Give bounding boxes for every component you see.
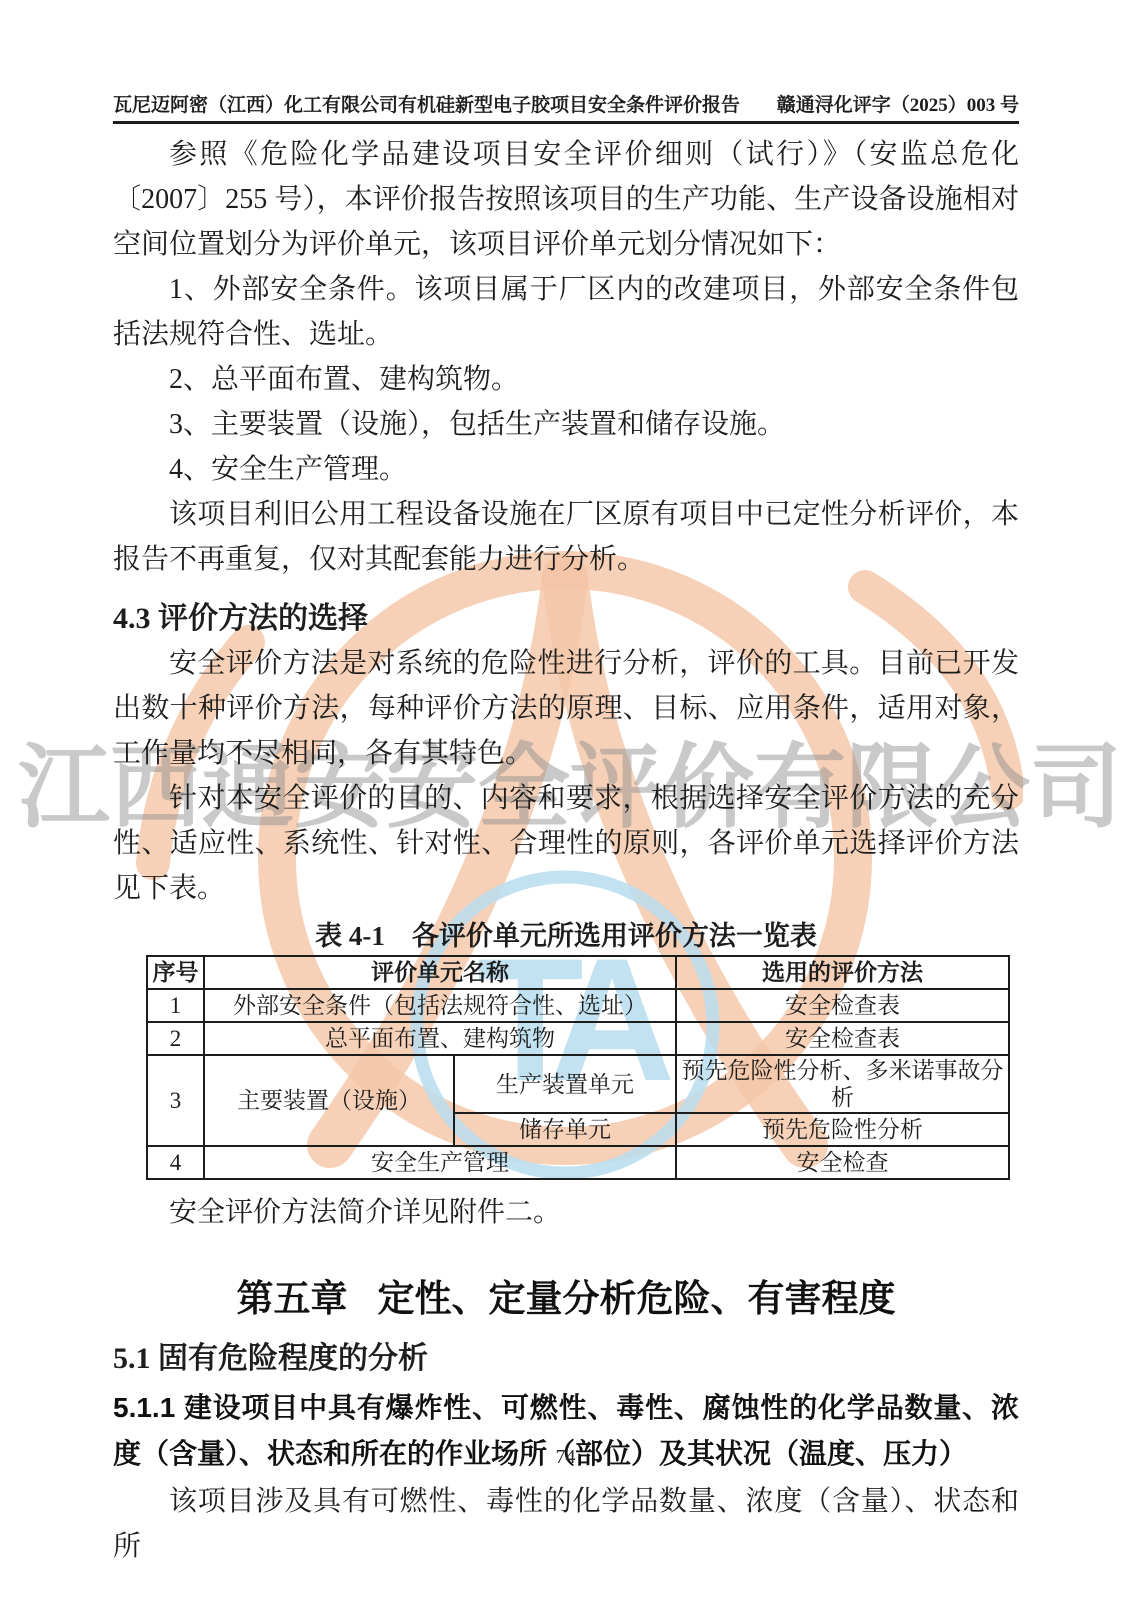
para-method-selection: 针对本安全评价的目的、内容和要求，根据选择安全评价方法的充分性、适应性、系统性、… xyxy=(113,776,1019,911)
cell-unit: 安全生产管理 xyxy=(204,1146,676,1179)
col-header-method: 选用的评价方法 xyxy=(676,956,1009,989)
para-method-overview: 安全评价方法是对系统的危险性进行分析，评价的工具。目前已开发出数十种评价方法，每… xyxy=(113,641,1019,776)
para-appendix-note: 安全评价方法简介详见附件二。 xyxy=(113,1190,1019,1235)
table-row: 4 安全生产管理 安全检查 xyxy=(147,1146,1009,1179)
cell-no: 1 xyxy=(147,989,204,1022)
table-row: 3 主要装置（设施） 生产装置单元 预先危险性分析、多米诺事故分析 xyxy=(147,1055,1009,1113)
section-5-1-heading: 5.1 固有危险程度的分析 xyxy=(113,1337,1019,1381)
table-row: 2 总平面布置、建构筑物 安全检查表 xyxy=(147,1022,1009,1055)
page-number: 74 xyxy=(0,1444,1131,1470)
header-report-title: 瓦尼迈阿密（江西）化工有限公司有机硅新型电子胶项目安全条件评价报告 xyxy=(113,94,740,118)
col-header-unit-name: 评价单元名称 xyxy=(204,956,676,989)
report-page: TA 江西通安安全评价有限公司 瓦尼迈阿密（江西）化工有限公司有机硅新型电子胶项… xyxy=(0,0,1131,1600)
table-header-row: 序号 评价单元名称 选用的评价方法 xyxy=(147,956,1009,989)
list-item-safety-management: 4、安全生产管理。 xyxy=(113,447,1019,492)
document-body: 参照《危险化学品建设项目安全评价细则（试行）》（安监总危化〔2007〕255 号… xyxy=(113,132,1019,1569)
list-item-external-safety: 1、外部安全条件。该项目属于厂区内的改建项目，外部安全条件包括法规符合性、选址。 xyxy=(113,267,1019,357)
page-header: 瓦尼迈阿密（江西）化工有限公司有机硅新型电子胶项目安全条件评价报告 赣通浔化评字… xyxy=(113,94,1019,124)
cell-method: 安全检查表 xyxy=(676,1022,1009,1055)
cell-no: 3 xyxy=(147,1055,204,1146)
table-4-1-caption: 表 4-1 各评价单元所选用评价方法一览表 xyxy=(113,917,1019,955)
cell-sub-unit: 储存单元 xyxy=(454,1113,676,1146)
cell-method: 安全检查表 xyxy=(676,989,1009,1022)
cell-unit: 外部安全条件（包括法规符合性、选址） xyxy=(204,989,676,1022)
chapter-5-number: 第五章 xyxy=(237,1273,348,1325)
cell-method: 预先危险性分析、多米诺事故分析 xyxy=(676,1055,1009,1113)
eval-methods-table: 序号 评价单元名称 选用的评价方法 1 外部安全条件（包括法规符合性、选址） 安… xyxy=(146,955,1010,1180)
chapter-5-title: 定性、定量分析危险、有害程度 xyxy=(378,1273,896,1325)
header-doc-number: 赣通浔化评字（2025）003 号 xyxy=(777,94,1019,118)
section-4-3-heading: 4.3 评价方法的选择 xyxy=(113,596,1019,641)
para-project-chemicals: 该项目涉及具有可燃性、毒性的化学品数量、浓度（含量）、状态和所 xyxy=(113,1479,1019,1569)
para-reused-facilities: 该项目利旧公用工程设备设施在厂区原有项目中已定性分析评价，本报告不再重复，仅对其… xyxy=(113,492,1019,582)
list-item-main-devices: 3、主要装置（设施），包括生产装置和储存设施。 xyxy=(113,402,1019,447)
col-header-no: 序号 xyxy=(147,956,204,989)
cell-no: 2 xyxy=(147,1022,204,1055)
cell-unit: 总平面布置、建构筑物 xyxy=(204,1022,676,1055)
cell-method: 预先危险性分析 xyxy=(676,1113,1009,1146)
cell-unit: 主要装置（设施） xyxy=(204,1055,454,1146)
table-row: 1 外部安全条件（包括法规符合性、选址） 安全检查表 xyxy=(147,989,1009,1022)
para-unit-division-intro: 参照《危险化学品建设项目安全评价细则（试行）》（安监总危化〔2007〕255 号… xyxy=(113,132,1019,267)
cell-no: 4 xyxy=(147,1146,204,1179)
cell-sub-unit: 生产装置单元 xyxy=(454,1055,676,1113)
list-item-layout: 2、总平面布置、建构筑物。 xyxy=(113,357,1019,402)
chapter-5-heading: 第五章 定性、定量分析危险、有害程度 xyxy=(113,1273,1019,1325)
cell-method: 安全检查 xyxy=(676,1146,1009,1179)
